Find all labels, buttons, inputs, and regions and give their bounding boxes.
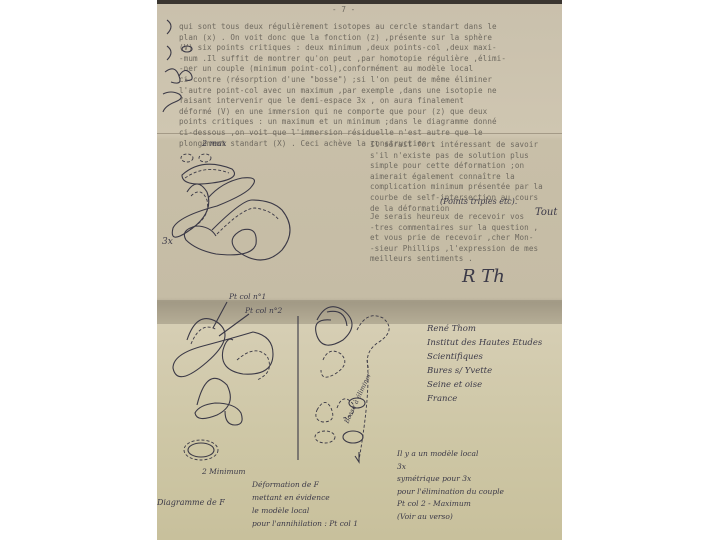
scanned-letter-page: - 7 - qui sont tous deux régulièrement i… [157, 0, 562, 540]
topology-sketches [157, 0, 562, 540]
